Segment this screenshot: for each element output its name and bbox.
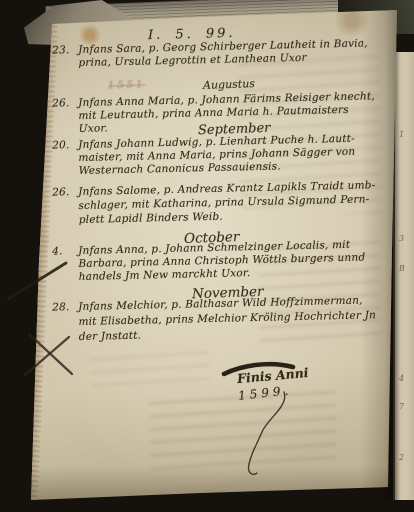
entry-day-number: 4. bbox=[52, 245, 63, 258]
manuscript-page: 2. I. 5. 99. 23. Jnfans Sara, p. Georg S… bbox=[0, 0, 414, 512]
manuscript-photo: 1 3 B 4 7 2 2. I. 5. 99. 23. Jnfans Sara… bbox=[0, 0, 414, 512]
entry-day-number: 28. bbox=[52, 300, 70, 315]
page-bottom-shading bbox=[28, 466, 392, 502]
next-page-mark: 4 bbox=[399, 374, 404, 383]
month-heading-august: Augustus bbox=[203, 77, 255, 92]
next-page-mark: 3 bbox=[399, 234, 404, 243]
next-page-mark: 2 bbox=[399, 453, 404, 462]
register-entry: 28. Jnfans Melchior, p. Balthasar Wild H… bbox=[78, 293, 377, 345]
register-entry: 20. Jnfans Johann Ludwig, p. Lienhart Pu… bbox=[78, 133, 356, 178]
next-page-mark: 7 bbox=[399, 402, 404, 411]
bleed-through-text bbox=[149, 391, 337, 472]
entry-day-number: 23. bbox=[52, 44, 70, 57]
binding-gutter-edge bbox=[2, 19, 58, 508]
next-page-mark: 1 bbox=[399, 130, 404, 139]
register-entry: 4. Jnfans Anna, p. Johann Schmelzinger L… bbox=[78, 238, 366, 283]
next-page-edge: 1 3 B 4 7 2 bbox=[393, 52, 414, 500]
crossed-out-note: 1551 bbox=[108, 79, 146, 91]
closing-finis-text: Finis Anni bbox=[236, 365, 309, 386]
entry-day-number: 26. bbox=[52, 185, 70, 199]
register-entry: 26. Jnfans Salome, p. Andreas Krantz Lap… bbox=[78, 178, 376, 227]
entry-day-number: 26. bbox=[52, 97, 70, 110]
entry-day-number: 20. bbox=[52, 139, 70, 152]
bleed-through-text bbox=[89, 348, 210, 391]
next-page-mark: B bbox=[399, 264, 405, 273]
